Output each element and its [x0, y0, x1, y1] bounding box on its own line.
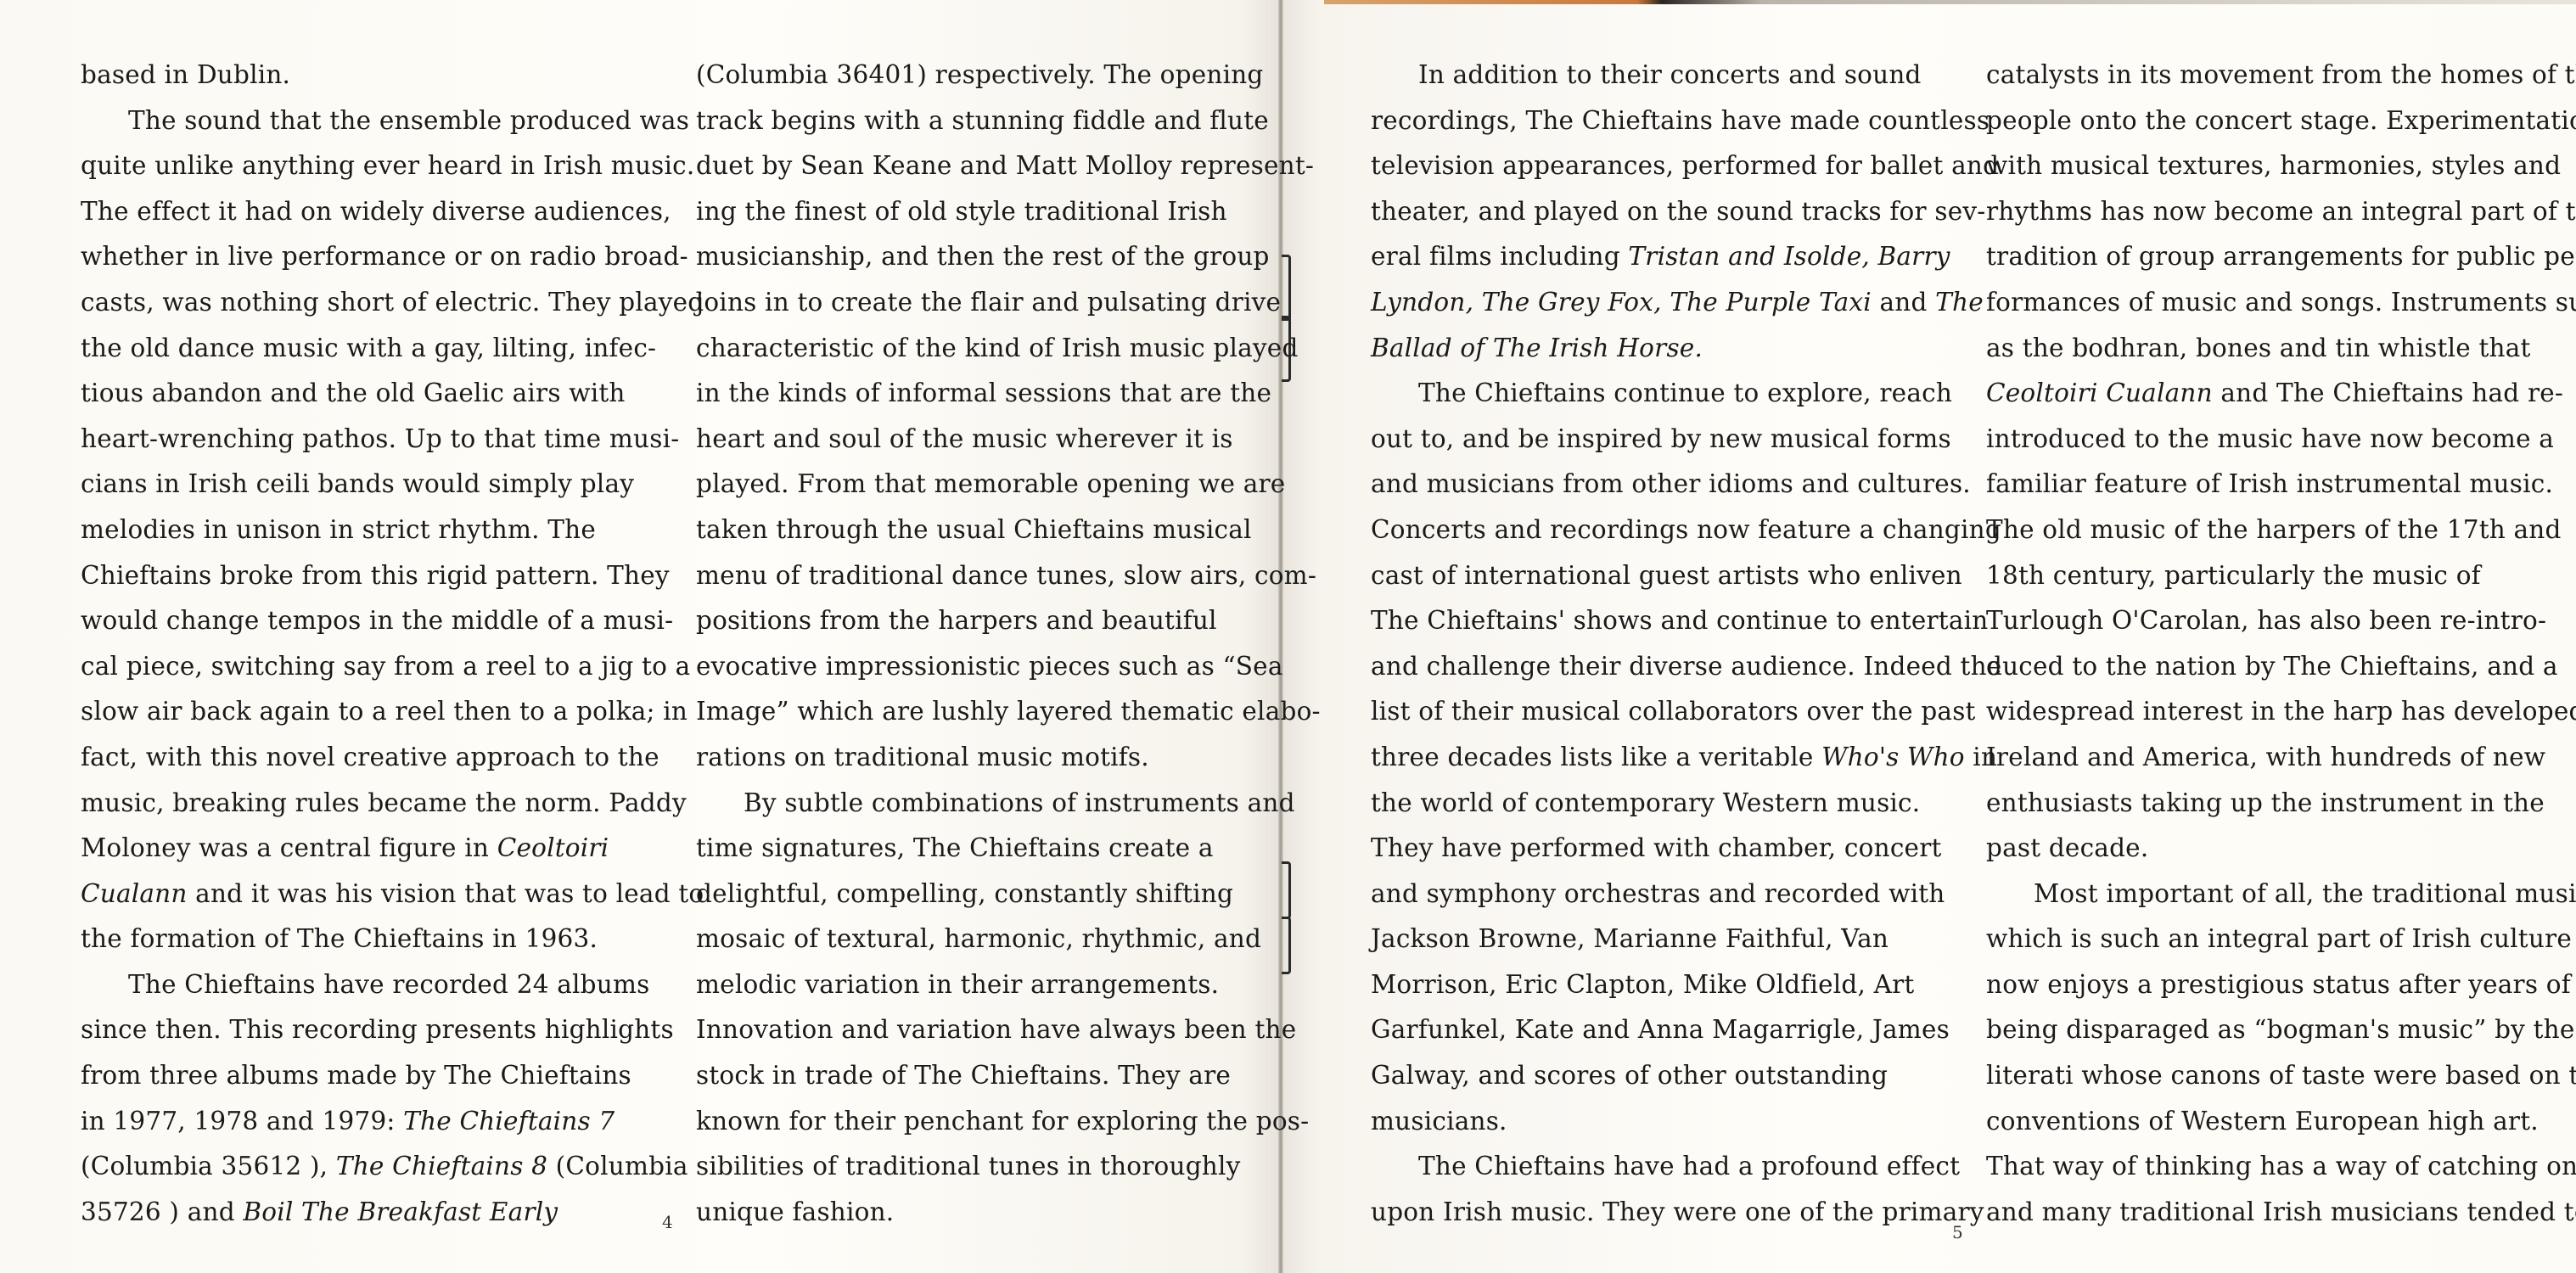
text-line: positions from the harpers and beautiful: [696, 598, 1290, 644]
text-line: fact, with this novel creative approach …: [81, 735, 675, 781]
text-line: The sound that the ensemble produced was: [81, 98, 675, 144]
text-line: past decade.: [1986, 826, 2576, 872]
text-line: heart and soul of the music wherever it …: [696, 417, 1290, 463]
text-line: and musicians from other idioms and cult…: [1371, 462, 1965, 508]
text-line: slow air back again to a reel then to a …: [81, 689, 675, 735]
text-line: evocative impressionistic pieces such as…: [696, 644, 1290, 690]
text-line: The old music of the harpers of the 17th…: [1986, 508, 2576, 553]
text-line: Ballad of The Irish Horse.: [1371, 326, 1965, 372]
text-line: being disparaged as “bogman's music” by …: [1986, 1007, 2576, 1053]
text-line: Chieftains broke from this rigid pattern…: [81, 553, 675, 599]
text-column-2: (Columbia 36401) respectively. The openi…: [696, 53, 1290, 1235]
text-line: That way of thinking has a way of catchi…: [1986, 1144, 2576, 1190]
text-line: in the kinds of informal sessions that a…: [696, 371, 1290, 417]
text-line: played. From that memorable opening we a…: [696, 462, 1290, 508]
text-line: theater, and played on the sound tracks …: [1371, 189, 1965, 235]
text-line: Galway, and scores of other outstanding: [1371, 1053, 1965, 1099]
text-line: the formation of The Chieftains in 1963.: [81, 917, 675, 962]
text-line: the old dance music with a gay, lilting,…: [81, 326, 675, 372]
text-line: tious abandon and the old Gaelic airs wi…: [81, 371, 675, 417]
text-line: whether in live performance or on radio …: [81, 234, 675, 280]
text-line: stock in trade of The Chieftains. They a…: [696, 1053, 1290, 1099]
text-line: Most important of all, the traditional m…: [1986, 872, 2576, 917]
text-line: Cualann and it was his vision that was t…: [81, 872, 675, 917]
text-line: The Chieftains have recorded 24 albums: [81, 962, 675, 1008]
text-line: and many traditional Irish musicians ten…: [1986, 1190, 2576, 1236]
text-line: would change tempos in the middle of a m…: [81, 598, 675, 644]
text-line: musicians.: [1371, 1099, 1965, 1145]
text-line: quite unlike anything ever heard in Iris…: [81, 143, 675, 189]
text-line: casts, was nothing short of electric. Th…: [81, 280, 675, 326]
text-line: menu of traditional dance tunes, slow ai…: [696, 553, 1290, 599]
text-line: introduced to the music have now become …: [1986, 417, 2576, 463]
text-line: By subtle combinations of instruments an…: [696, 781, 1290, 827]
text-line: Lyndon, The Grey Fox, The Purple Taxi an…: [1371, 280, 1965, 326]
text-line: rations on traditional music motifs.: [696, 735, 1290, 781]
text-line: track begins with a stunning fiddle and …: [696, 98, 1290, 144]
cover-edge-strip: [1324, 0, 2576, 4]
text-line: and symphony orchestras and recorded wit…: [1371, 872, 1965, 917]
text-line: In addition to their concerts and sound: [1371, 53, 1965, 98]
text-line: Ireland and America, with hundreds of ne…: [1986, 735, 2576, 781]
text-column-1: based in Dublin.The sound that the ensem…: [81, 53, 675, 1235]
text-line: musicianship, and then the rest of the g…: [696, 234, 1290, 280]
text-line: 35726 ) and Boil The Breakfast Early: [81, 1190, 675, 1236]
text-line: time signatures, The Chieftains create a: [696, 826, 1290, 872]
text-line: The Chieftains' shows and continue to en…: [1371, 598, 1965, 644]
text-line: delightful, compelling, constantly shift…: [696, 872, 1290, 917]
text-line: now enjoys a prestigious status after ye…: [1986, 962, 2576, 1008]
text-line: literati whose canons of taste were base…: [1986, 1053, 2576, 1099]
text-line: ing the finest of old style traditional …: [696, 189, 1290, 235]
text-line: three decades lists like a veritable Who…: [1371, 735, 1965, 781]
text-line: with musical textures, harmonies, styles…: [1986, 143, 2576, 189]
text-line: cast of international guest artists who …: [1371, 553, 1965, 599]
text-line: Garfunkel, Kate and Anna Magarrigle, Jam…: [1371, 1007, 1965, 1053]
text-line: The Chieftains continue to explore, reac…: [1371, 371, 1965, 417]
text-line: tradition of group arrangements for publ…: [1986, 234, 2576, 280]
text-line: in 1977, 1978 and 1979: The Chieftains 7: [81, 1099, 675, 1145]
text-line: unique fashion.: [696, 1190, 1290, 1236]
page-number-left: 4: [662, 1212, 673, 1232]
text-line: Image” which are lushly layered thematic…: [696, 689, 1290, 735]
text-line: Innovation and variation have always bee…: [696, 1007, 1290, 1053]
text-line: as the bodhran, bones and tin whistle th…: [1986, 326, 2576, 372]
text-line: sibilities of traditional tunes in thoro…: [696, 1144, 1290, 1190]
text-line: Moloney was a central figure in Ceoltoir…: [81, 826, 675, 872]
text-line: Turlough O'Carolan, has also been re-int…: [1986, 598, 2576, 644]
text-line: Ceoltoiri Cualann and The Chieftains had…: [1986, 371, 2576, 417]
text-line: the world of contemporary Western music.: [1371, 781, 1965, 827]
text-line: recordings, The Chieftains have made cou…: [1371, 98, 1965, 144]
text-line: out to, and be inspired by new musical f…: [1371, 417, 1965, 463]
text-line: Concerts and recordings now feature a ch…: [1371, 508, 1965, 553]
text-line: Morrison, Eric Clapton, Mike Oldfield, A…: [1371, 962, 1965, 1008]
text-line: characteristic of the kind of Irish musi…: [696, 326, 1290, 372]
text-line: formances of music and songs. Instrument…: [1986, 280, 2576, 326]
text-line: (Columbia 35612 ), The Chieftains 8 (Col…: [81, 1144, 675, 1190]
text-line: 18th century, particularly the music of: [1986, 553, 2576, 599]
text-line: and challenge their diverse audience. In…: [1371, 644, 1965, 690]
text-line: rhythms has now become an integral part …: [1986, 189, 2576, 235]
text-line: widespread interest in the harp has deve…: [1986, 689, 2576, 735]
text-line: based in Dublin.: [81, 53, 675, 98]
text-line: melodic variation in their arrangements.: [696, 962, 1290, 1008]
text-line: since then. This recording presents high…: [81, 1007, 675, 1053]
text-line: cians in Irish ceili bands would simply …: [81, 462, 675, 508]
text-line: music, breaking rules became the norm. P…: [81, 781, 675, 827]
text-line: mosaic of textural, harmonic, rhythmic, …: [696, 917, 1290, 962]
text-line: heart-wrenching pathos. Up to that time …: [81, 417, 675, 463]
text-line: enthusiasts taking up the instrument in …: [1986, 781, 2576, 827]
text-line: from three albums made by The Chieftains: [81, 1053, 675, 1099]
text-column-4: catalysts in its movement from the homes…: [1986, 53, 2576, 1235]
text-line: catalysts in its movement from the homes…: [1986, 53, 2576, 98]
text-line: duet by Sean Keane and Matt Molloy repre…: [696, 143, 1290, 189]
text-line: television appearances, performed for ba…: [1371, 143, 1965, 189]
text-line: upon Irish music. They were one of the p…: [1371, 1190, 1965, 1236]
text-line: The effect it had on widely diverse audi…: [81, 189, 675, 235]
text-line: They have performed with chamber, concer…: [1371, 826, 1965, 872]
text-line: which is such an integral part of Irish …: [1986, 917, 2576, 962]
text-line: people onto the concert stage. Experimen…: [1986, 98, 2576, 144]
text-line: list of their musical collaborators over…: [1371, 689, 1965, 735]
text-line: conventions of Western European high art…: [1986, 1099, 2576, 1145]
text-line: eral films including Tristan and Isolde,…: [1371, 234, 1965, 280]
text-column-3: In addition to their concerts and soundr…: [1371, 53, 1965, 1235]
text-line: duced to the nation by The Chieftains, a…: [1986, 644, 2576, 690]
text-line: familiar feature of Irish instrumental m…: [1986, 462, 2576, 508]
text-line: known for their penchant for exploring t…: [696, 1099, 1290, 1145]
text-line: Jackson Browne, Marianne Faithful, Van: [1371, 917, 1965, 962]
text-line: The Chieftains have had a profound effec…: [1371, 1144, 1965, 1190]
text-line: cal piece, switching say from a reel to …: [81, 644, 675, 690]
text-line: joins in to create the flair and pulsati…: [696, 280, 1290, 326]
text-line: melodies in unison in strict rhythm. The: [81, 508, 675, 553]
text-line: taken through the usual Chieftains music…: [696, 508, 1290, 553]
page-number-right: 5: [1952, 1222, 1963, 1242]
text-line: (Columbia 36401) respectively. The openi…: [696, 53, 1290, 98]
